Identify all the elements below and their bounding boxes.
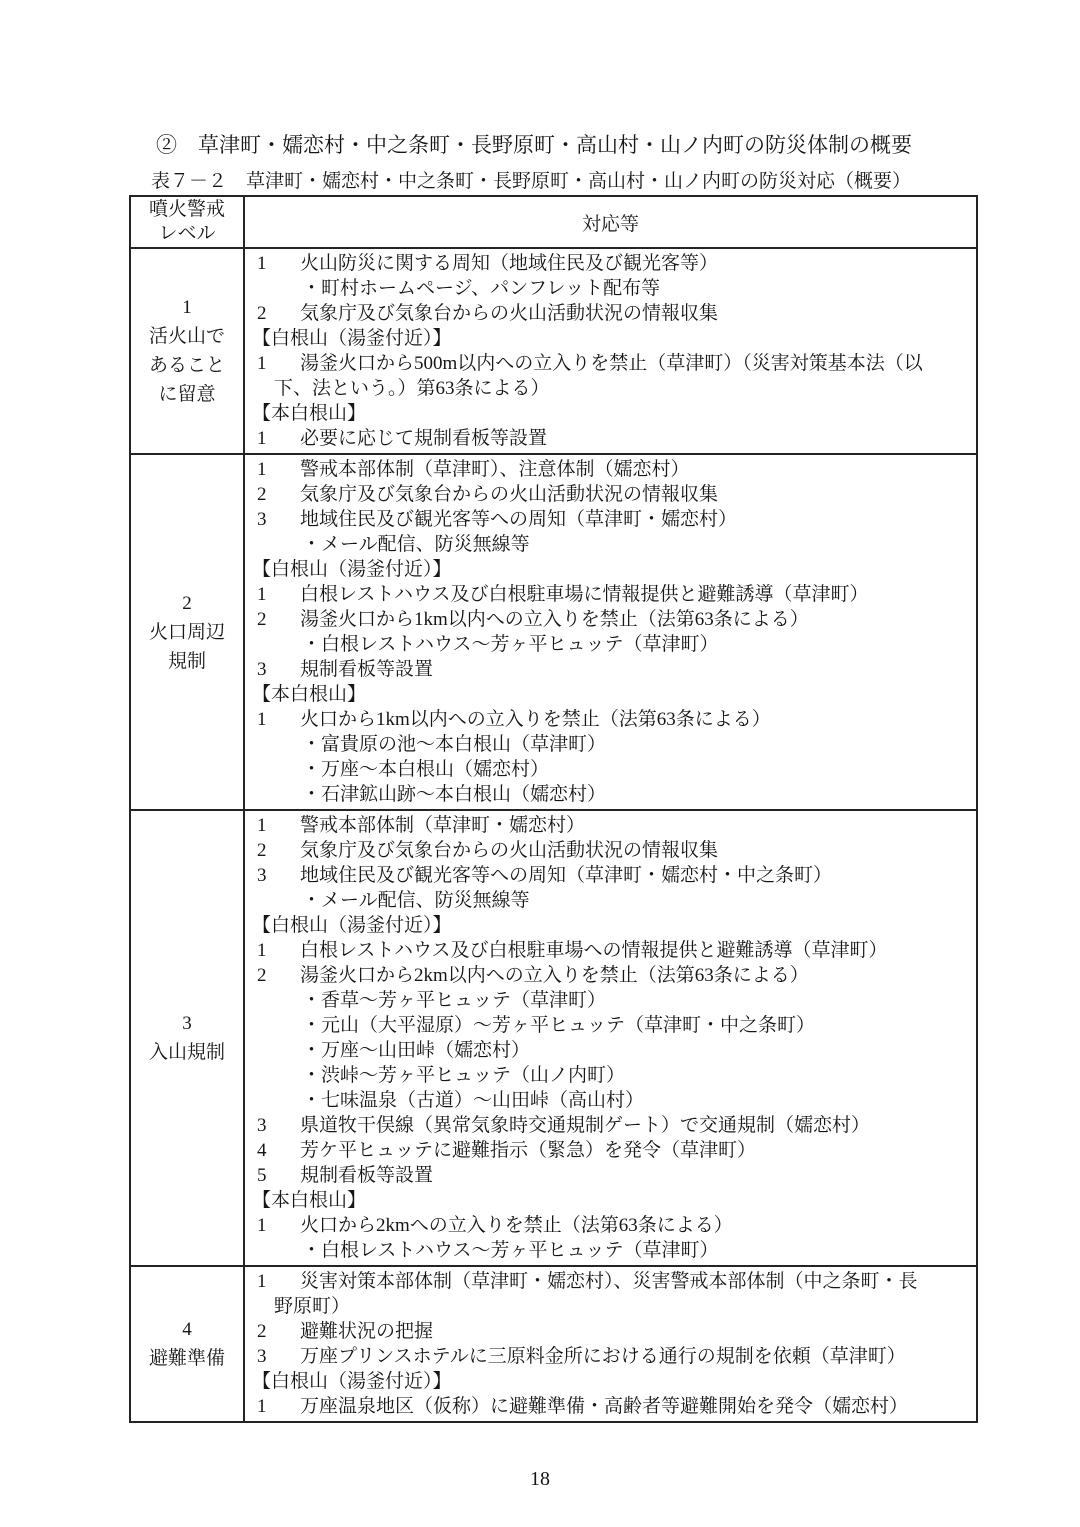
- response-line: 3地域住民及び観光客等への周知（草津町・嬬恋村・中之条町）: [252, 863, 970, 888]
- response-line: ・渋峠～芳ヶ平ヒュッテ（山ノ内町）: [252, 1063, 970, 1088]
- item-number: 1: [257, 426, 300, 451]
- header-alert-level-line2: レベル: [131, 222, 243, 246]
- item-number: 5: [257, 1163, 300, 1188]
- response-line: 【本白根山】: [252, 682, 970, 707]
- item-text: 気象庁及び気象台からの火山活動状況の情報収集: [300, 484, 718, 505]
- response-line: ・石津鉱山跡～本白根山（嬬恋村）: [252, 782, 970, 807]
- response-line: 【白根山（湯釜付近）】: [252, 557, 970, 582]
- item-text: 万座プリンスホテルに三原料金所における通行の規制を依頼（草津町）: [300, 1346, 906, 1367]
- alert-level-cell: 2火口周辺規制: [130, 454, 244, 810]
- response-line: 1湯釜火口から500m以内への立入りを禁止（草津町）（災害対策基本法（以: [252, 351, 970, 376]
- response-line: 【白根山（湯釜付近）】: [252, 1369, 970, 1394]
- item-number: 3: [257, 507, 300, 532]
- item-number: 2: [257, 482, 300, 507]
- item-number: 2: [257, 301, 300, 326]
- response-line: 【本白根山】: [252, 1188, 970, 1213]
- alert-level-label: 火口周辺: [131, 618, 243, 647]
- item-number: 3: [257, 863, 300, 888]
- response-line: 【白根山（湯釜付近）】: [252, 326, 970, 351]
- response-line: 2避難状況の把握: [252, 1319, 970, 1344]
- response-line: 1火口から2kmへの立入りを禁止（法第63条による）: [252, 1213, 970, 1238]
- item-text: 気象庁及び気象台からの火山活動状況の情報収集: [300, 840, 718, 861]
- item-text: 規制看板等設置: [300, 1165, 433, 1186]
- item-number: 1: [257, 707, 300, 732]
- response-line: 3規制看板等設置: [252, 657, 970, 682]
- item-text: 必要に応じて規制看板等設置: [300, 428, 547, 449]
- response-line: 1火口から1km以内への立入りを禁止（法第63条による）: [252, 707, 970, 732]
- response-line: ・富貴原の池～本白根山（草津町）: [252, 732, 970, 757]
- response-line: 3県道牧干俣線（異常気象時交通規制ゲート）で交通規制（嬬恋村）: [252, 1113, 970, 1138]
- item-text: 警戒本部体制（草津町）、注意体制（嬬恋村）: [300, 459, 690, 480]
- header-alert-level: 噴火警戒 レベル: [130, 196, 244, 248]
- response-line: ・元山（大平湿原）～芳ヶ平ヒュッテ（草津町・中之条町）: [252, 1013, 970, 1038]
- item-text: 気象庁及び気象台からの火山活動状況の情報収集: [300, 303, 718, 324]
- response-line: ・万座～本白根山（嬬恋村）: [252, 757, 970, 782]
- section-heading: ② 草津町・嬬恋村・中之条町・長野原町・高山村・山ノ内町の防災体制の概要: [156, 129, 912, 159]
- alert-level-label: 規制: [131, 647, 243, 676]
- table-row: 4避難準備1災害対策本部体制（草津町・嬬恋村）、災害警戒本部体制（中之条町・長野…: [130, 1266, 977, 1422]
- item-number: 2: [257, 838, 300, 863]
- item-number: 1: [257, 582, 300, 607]
- item-number: 1: [257, 351, 300, 376]
- alert-level-label: あること: [131, 351, 243, 380]
- table-row: 1活火山であることに留意1火山防災に関する周知（地域住民及び観光客等）・町村ホー…: [130, 248, 977, 454]
- item-text: 地域住民及び観光客等への周知（草津町・嬬恋村・中之条町）: [300, 865, 832, 886]
- response-line: 1白根レストハウス及び白根駐車場に情報提供と避難誘導（草津町）: [252, 582, 970, 607]
- item-number: 1: [257, 457, 300, 482]
- response-line: 1警戒本部体制（草津町）、注意体制（嬬恋村）: [252, 457, 970, 482]
- item-number: 1: [257, 1394, 300, 1419]
- alert-level-label: 1: [131, 293, 243, 322]
- response-line: 4芳ケ平ヒュッテに避難指示（緊急）を発令（草津町）: [252, 1138, 970, 1163]
- table-row: 2火口周辺規制1警戒本部体制（草津町）、注意体制（嬬恋村）2気象庁及び気象台から…: [130, 454, 977, 810]
- response-line: 2気象庁及び気象台からの火山活動状況の情報収集: [252, 838, 970, 863]
- response-line: 1災害対策本部体制（草津町・嬬恋村）、災害警戒本部体制（中之条町・長: [252, 1269, 970, 1294]
- alert-level-cell: 1活火山であることに留意: [130, 248, 244, 454]
- response-cell: 1災害対策本部体制（草津町・嬬恋村）、災害警戒本部体制（中之条町・長野原町）2避…: [244, 1266, 977, 1422]
- alert-level-label: 避難準備: [131, 1344, 243, 1373]
- item-number: 1: [257, 938, 300, 963]
- alert-level-label: 2: [131, 589, 243, 618]
- item-text: 芳ケ平ヒュッテに避難指示（緊急）を発令（草津町）: [300, 1140, 756, 1161]
- table-row: 3入山規制1警戒本部体制（草津町・嬬恋村）2気象庁及び気象台からの火山活動状況の…: [130, 810, 977, 1266]
- response-line: 5規制看板等設置: [252, 1163, 970, 1188]
- response-line: 3地域住民及び観光客等への周知（草津町・嬬恋村）: [252, 507, 970, 532]
- response-line: ・七味温泉（古道）～山田峠（高山村）: [252, 1088, 970, 1113]
- response-line: 1白根レストハウス及び白根駐車場への情報提供と避難誘導（草津町）: [252, 938, 970, 963]
- response-line: 野原町）: [252, 1294, 970, 1319]
- alert-level-label: 入山規制: [131, 1038, 243, 1067]
- response-line: ・メール配信、防災無線等: [252, 532, 970, 557]
- response-line: ・香草～芳ヶ平ヒュッテ（草津町）: [252, 988, 970, 1013]
- item-text: 火口から2kmへの立入りを禁止（法第63条による）: [300, 1215, 733, 1236]
- item-text: 火口から1km以内への立入りを禁止（法第63条による）: [300, 709, 771, 730]
- response-line: ・白根レストハウス～芳ヶ平ヒュッテ（草津町）: [252, 632, 970, 657]
- item-text: 万座温泉地区（仮称）に避難準備・高齢者等避難開始を発令（嬬恋村）: [300, 1396, 908, 1417]
- item-number: 1: [257, 1269, 300, 1294]
- alert-level-label: 活火山で: [131, 322, 243, 351]
- alert-level-cell: 3入山規制: [130, 810, 244, 1266]
- response-line: 1火山防災に関する周知（地域住民及び観光客等）: [252, 251, 970, 276]
- item-number: 1: [257, 251, 300, 276]
- response-line: 2気象庁及び気象台からの火山活動状況の情報収集: [252, 301, 970, 326]
- table-caption: 表７－２ 草津町・嬬恋村・中之条町・長野原町・高山村・山ノ内町の防災対応（概要）: [151, 166, 911, 193]
- item-text: 県道牧干俣線（異常気象時交通規制ゲート）で交通規制（嬬恋村）: [300, 1115, 870, 1136]
- response-line: 2気象庁及び気象台からの火山活動状況の情報収集: [252, 482, 970, 507]
- response-line: 1必要に応じて規制看板等設置: [252, 426, 970, 451]
- response-line: 2湯釜火口から1km以内への立入りを禁止（法第63条による）: [252, 607, 970, 632]
- item-text: 白根レストハウス及び白根駐車場への情報提供と避難誘導（草津町）: [300, 940, 887, 961]
- header-response: 対応等: [244, 196, 977, 248]
- item-text: 湯釜火口から1km以内への立入りを禁止（法第63条による）: [300, 609, 809, 630]
- response-line: 2湯釜火口から2km以内への立入りを禁止（法第63条による）: [252, 963, 970, 988]
- item-number: 1: [257, 813, 300, 838]
- item-text: 避難状況の把握: [300, 1321, 433, 1342]
- alert-level-label: に留意: [131, 380, 243, 409]
- item-number: 4: [257, 1138, 300, 1163]
- item-text: 白根レストハウス及び白根駐車場に情報提供と避難誘導（草津町）: [300, 584, 868, 605]
- response-line: 1警戒本部体制（草津町・嬬恋村）: [252, 813, 970, 838]
- alert-level-label: 4: [131, 1315, 243, 1344]
- response-line: 3万座プリンスホテルに三原料金所における通行の規制を依頼（草津町）: [252, 1344, 970, 1369]
- response-cell: 1火山防災に関する周知（地域住民及び観光客等）・町村ホームページ、パンフレット配…: [244, 248, 977, 454]
- item-number: 2: [257, 1319, 300, 1344]
- item-text: 警戒本部体制（草津町・嬬恋村）: [300, 815, 585, 836]
- alert-level-cell: 4避難準備: [130, 1266, 244, 1422]
- item-number: 3: [257, 1344, 300, 1369]
- response-line: 【本白根山】: [252, 401, 970, 426]
- alert-level-label: 3: [131, 1009, 243, 1038]
- item-text: 火山防災に関する周知（地域住民及び観光客等）: [300, 253, 718, 274]
- item-text: 湯釜火口から2km以内への立入りを禁止（法第63条による）: [300, 965, 809, 986]
- table-header-row: 噴火警戒 レベル 対応等: [130, 196, 977, 248]
- disaster-response-table: 噴火警戒 レベル 対応等 1活火山であることに留意1火山防災に関する周知（地域住…: [129, 195, 978, 1423]
- response-cell: 1警戒本部体制（草津町・嬬恋村）2気象庁及び気象台からの火山活動状況の情報収集3…: [244, 810, 977, 1266]
- item-text: 規制看板等設置: [300, 659, 433, 680]
- item-text: 地域住民及び観光客等への周知（草津町・嬬恋村）: [300, 509, 737, 530]
- response-line: ・メール配信、防災無線等: [252, 888, 970, 913]
- item-number: 1: [257, 1213, 300, 1238]
- item-text: 災害対策本部体制（草津町・嬬恋村）、災害警戒本部体制（中之条町・長: [300, 1271, 918, 1292]
- response-cell: 1警戒本部体制（草津町）、注意体制（嬬恋村）2気象庁及び気象台からの火山活動状況…: [244, 454, 977, 810]
- item-number: 2: [257, 963, 300, 988]
- item-text: 湯釜火口から500m以内への立入りを禁止（草津町）（災害対策基本法（以: [300, 353, 923, 374]
- response-line: 下、法という。）第63条による）: [252, 376, 970, 401]
- item-number: 3: [257, 657, 300, 682]
- response-line: ・万座～山田峠（嬬恋村）: [252, 1038, 970, 1063]
- item-number: 3: [257, 1113, 300, 1138]
- response-line: ・白根レストハウス～芳ヶ平ヒュッテ（草津町）: [252, 1238, 970, 1263]
- page-number: 18: [0, 1468, 1080, 1491]
- response-line: ・町村ホームページ、パンフレット配布等: [252, 276, 970, 301]
- response-line: 1万座温泉地区（仮称）に避難準備・高齢者等避難開始を発令（嬬恋村）: [252, 1394, 970, 1419]
- response-line: 【白根山（湯釜付近）】: [252, 913, 970, 938]
- header-alert-level-line1: 噴火警戒: [131, 198, 243, 222]
- item-number: 2: [257, 607, 300, 632]
